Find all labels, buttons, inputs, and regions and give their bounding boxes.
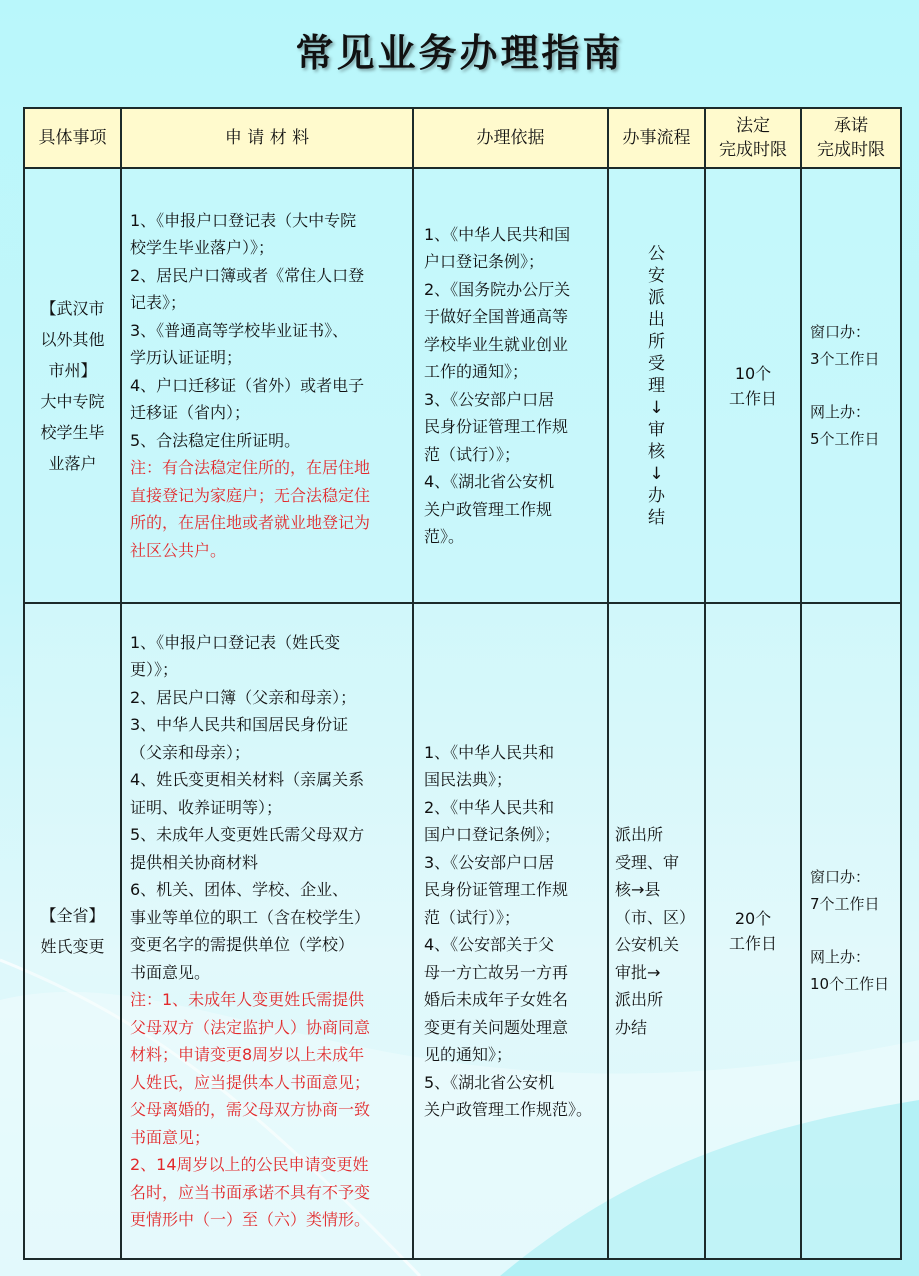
materials-note-line: 名时，应当书面承诺不具有不予变	[130, 1179, 404, 1207]
materials-line: 5、合法稳定住所证明。	[130, 427, 404, 455]
flow-line: 核→县	[615, 876, 700, 904]
header-legal-line1: 法定	[706, 114, 800, 138]
legal-deadline-days: 10个	[706, 361, 800, 386]
flow-char: 出	[609, 309, 704, 331]
basis-line: 范（试行）》；	[424, 904, 599, 932]
header-promise-deadline: 承诺 完成时限	[801, 108, 901, 168]
legal-deadline-days: 20个	[706, 906, 800, 931]
basis-cell: 1、《中华人民共和 国民法典》； 2、《中华人民共和 国户口登记条例》； 3、《…	[413, 603, 608, 1259]
legal-deadline-cell: 20个 工作日	[705, 603, 801, 1259]
materials-line: 3、中华人民共和国居民身份证	[130, 711, 404, 739]
basis-line: 民身份证管理工作规	[424, 876, 599, 904]
materials-line: 4、户口迁移证（省外）或者电子	[130, 372, 404, 400]
promise-online-label: 网上办：	[810, 399, 900, 426]
legal-deadline-unit: 工作日	[706, 386, 800, 411]
promise-online-label: 网上办：	[810, 944, 900, 971]
promise-online-value: 5个工作日	[810, 426, 900, 453]
flow-char: 公	[609, 243, 704, 265]
basis-line: 范》。	[424, 523, 599, 551]
materials-line: 1、《申报户口登记表（大中专院	[130, 207, 404, 235]
materials-line: 提供相关协商材料	[130, 849, 404, 877]
header-promise-line2: 完成时限	[802, 138, 900, 162]
materials-line: （父亲和母亲）；	[130, 739, 404, 767]
flow-line: 公安机关	[615, 931, 700, 959]
promise-window-value: 3个工作日	[810, 346, 900, 373]
item-line: 姓氏变更	[29, 931, 116, 962]
item-line: 【武汉市	[29, 293, 116, 324]
basis-line: 关户政管理工作规	[424, 496, 599, 524]
basis-line: 见的通知》；	[424, 1041, 599, 1069]
promise-deadline-cell: 窗口办： 7个工作日 网上办： 10个工作日	[801, 603, 901, 1259]
basis-line: 4、《公安部关于父	[424, 931, 599, 959]
materials-line: 记表》；	[130, 289, 404, 317]
promise-window-label: 窗口办：	[810, 319, 900, 346]
basis-line: 户口登记条例》；	[424, 248, 599, 276]
materials-line: 学历认证证明；	[130, 344, 404, 372]
materials-note-line: 父母双方（法定监护人）协商同意	[130, 1014, 404, 1042]
basis-cell: 1、《中华人民共和国 户口登记条例》； 2、《国务院办公厅关 于做好全国普通高等…	[413, 168, 608, 603]
header-legal-line2: 完成时限	[706, 138, 800, 162]
item-line: 大中专院	[29, 386, 116, 417]
item-cell: 【全省】 姓氏变更	[24, 603, 121, 1259]
legal-deadline-cell: 10个 工作日	[705, 168, 801, 603]
item-cell: 【武汉市 以外其他 市州】 大中专院 校学生毕 业落户	[24, 168, 121, 603]
table-row: 【武汉市 以外其他 市州】 大中专院 校学生毕 业落户 1、《申报户口登记表（大…	[24, 168, 901, 603]
basis-line: 5、《湖北省公安机	[424, 1069, 599, 1097]
materials-line: 书面意见。	[130, 959, 404, 987]
header-item: 具体事项	[24, 108, 121, 168]
header-legal-deadline: 法定 完成时限	[705, 108, 801, 168]
flow-line: 审批→	[615, 959, 700, 987]
basis-line: 3、《公安部户口居	[424, 386, 599, 414]
materials-line: 5、未成年人变更姓氏需父母双方	[130, 821, 404, 849]
item-line: 校学生毕	[29, 417, 116, 448]
flow-line: 办结	[615, 1014, 700, 1042]
header-basis: 办理依据	[413, 108, 608, 168]
header-materials: 申 请 材 料	[121, 108, 413, 168]
basis-line: 2、《中华人民共和	[424, 794, 599, 822]
basis-line: 国户口登记条例》；	[424, 821, 599, 849]
basis-line: 关户政管理工作规范》。	[424, 1096, 599, 1124]
item-line: 市州】	[29, 355, 116, 386]
flow-line: 派出所	[615, 986, 700, 1014]
flow-char: 办	[609, 485, 704, 507]
flow-char: 审	[609, 419, 704, 441]
materials-line: 证明、收养证明等）；	[130, 794, 404, 822]
item-line: 以外其他	[29, 324, 116, 355]
materials-line: 4、姓氏变更相关材料（亲属关系	[130, 766, 404, 794]
materials-note-line: 人姓氏，应当提供本人书面意见；	[130, 1069, 404, 1097]
promise-window-label: 窗口办：	[810, 864, 900, 891]
materials-note-line: 更情形中（一）至（六）类情形。	[130, 1206, 404, 1234]
basis-line: 1、《中华人民共和国	[424, 221, 599, 249]
legal-deadline-unit: 工作日	[706, 931, 800, 956]
materials-line: 6、机关、团体、学校、企业、	[130, 876, 404, 904]
materials-line: 更）》；	[130, 656, 404, 684]
basis-line: 母一方亡故另一方再	[424, 959, 599, 987]
basis-line: 婚后未成年子女姓名	[424, 986, 599, 1014]
flow-line: （市、区）	[615, 904, 700, 932]
materials-note-line: 2、14周岁以上的公民申请变更姓	[130, 1151, 404, 1179]
basis-line: 工作的通知》；	[424, 358, 599, 386]
flow-char: 安	[609, 265, 704, 287]
basis-line: 国民法典》；	[424, 766, 599, 794]
promise-deadline-cell: 窗口办： 3个工作日 网上办： 5个工作日	[801, 168, 901, 603]
item-line: 业落户	[29, 448, 116, 479]
materials-line: 校学生毕业落户）》；	[130, 234, 404, 262]
materials-cell: 1、《申报户口登记表（大中专院 校学生毕业落户）》； 2、居民户口簿或者《常住人…	[121, 168, 413, 603]
materials-line: 1、《申报户口登记表（姓氏变	[130, 629, 404, 657]
header-flow: 办事流程	[608, 108, 705, 168]
flow-char: 核	[609, 441, 704, 463]
materials-line: 2、居民户口簿或者《常住人口登	[130, 262, 404, 290]
basis-line: 3、《公安部户口居	[424, 849, 599, 877]
arrow-down-icon: ↓	[609, 397, 704, 419]
flow-char: 所	[609, 331, 704, 353]
table-header-row: 具体事项 申 请 材 料 办理依据 办事流程 法定 完成时限 承诺 完成时限	[24, 108, 901, 168]
page-title: 常见业务办理指南	[0, 22, 919, 77]
materials-note-line: 书面意见；	[130, 1124, 404, 1152]
materials-note-line: 注：1、未成年人变更姓氏需提供	[130, 986, 404, 1014]
materials-note-line: 材料；申请变更8周岁以上未成年	[130, 1041, 404, 1069]
flow-cell-vertical: 公 安 派 出 所 受 理 ↓ 审 核 ↓ 办 结	[608, 168, 705, 603]
materials-line: 迁移证（省内）；	[130, 399, 404, 427]
materials-note-line: 直接登记为家庭户；无合法稳定住	[130, 482, 404, 510]
materials-note-line: 父母离婚的，需父母双方协商一致	[130, 1096, 404, 1124]
table-row: 【全省】 姓氏变更 1、《申报户口登记表（姓氏变 更）》； 2、居民户口簿（父亲…	[24, 603, 901, 1259]
promise-online-value: 10个工作日	[810, 971, 900, 998]
flow-char: 理	[609, 375, 704, 397]
materials-cell: 1、《申报户口登记表（姓氏变 更）》； 2、居民户口簿（父亲和母亲）； 3、中华…	[121, 603, 413, 1259]
flow-line: 派出所	[615, 821, 700, 849]
basis-line: 范（试行）》；	[424, 441, 599, 469]
basis-line: 学校毕业生就业创业	[424, 331, 599, 359]
promise-window-value: 7个工作日	[810, 891, 900, 918]
materials-note-line: 社区公共户。	[130, 537, 404, 565]
materials-line: 2、居民户口簿（父亲和母亲）；	[130, 684, 404, 712]
materials-line: 3、《普通高等学校毕业证书》、	[130, 317, 404, 345]
flow-char: 结	[609, 507, 704, 529]
arrow-down-icon: ↓	[609, 463, 704, 485]
item-line: 【全省】	[29, 900, 116, 931]
basis-line: 4、《湖北省公安机	[424, 468, 599, 496]
materials-line: 事业等单位的职工（含在校学生）	[130, 904, 404, 932]
flow-line: 受理、审	[615, 849, 700, 877]
materials-note-line: 所的，在居住地或者就业地登记为	[130, 509, 404, 537]
basis-line: 民身份证管理工作规	[424, 413, 599, 441]
business-guide-table: 具体事项 申 请 材 料 办理依据 办事流程 法定 完成时限 承诺 完成时限 【…	[23, 107, 902, 1260]
flow-cell: 派出所 受理、审 核→县 （市、区） 公安机关 审批→ 派出所 办结	[608, 603, 705, 1259]
flow-char: 派	[609, 287, 704, 309]
basis-line: 于做好全国普通高等	[424, 303, 599, 331]
header-promise-line1: 承诺	[802, 114, 900, 138]
flow-char: 受	[609, 353, 704, 375]
basis-line: 1、《中华人民共和	[424, 739, 599, 767]
materials-note-line: 注：有合法稳定住所的，在居住地	[130, 454, 404, 482]
basis-line: 2、《国务院办公厅关	[424, 276, 599, 304]
basis-line: 变更有关问题处理意	[424, 1014, 599, 1042]
materials-line: 变更名字的需提供单位（学校）	[130, 931, 404, 959]
